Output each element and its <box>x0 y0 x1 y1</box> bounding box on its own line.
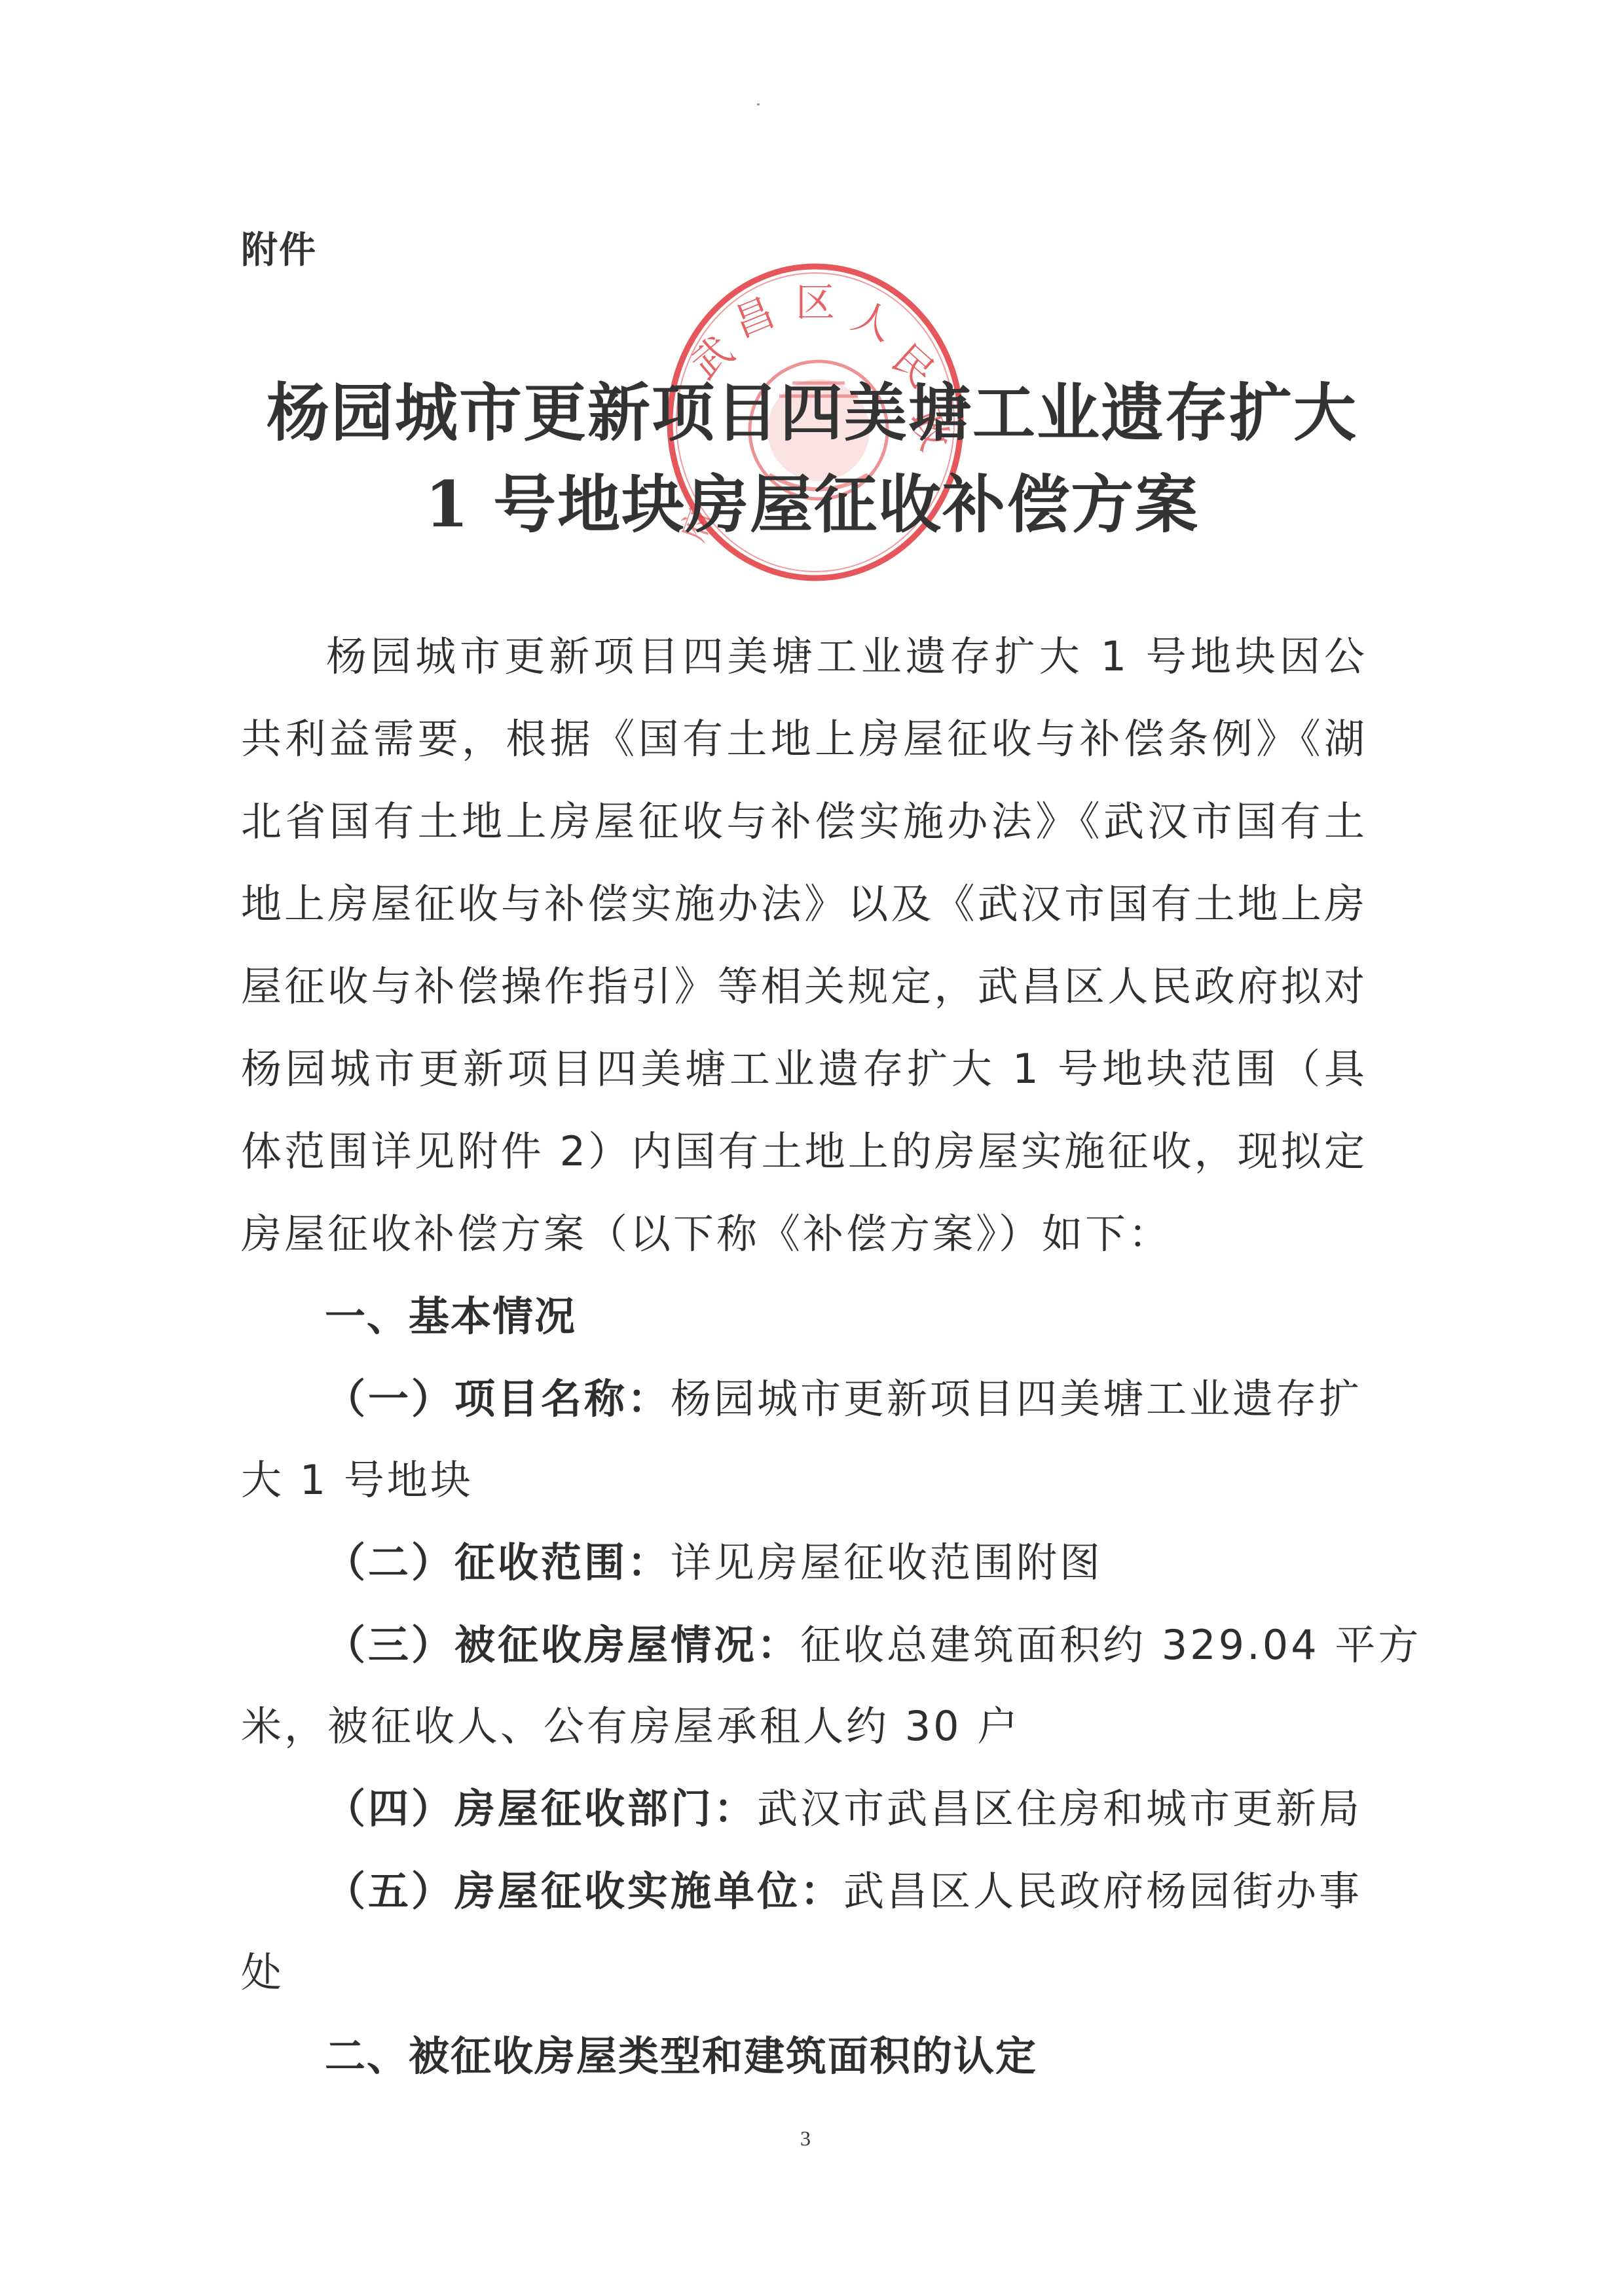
item-housing-situation-continued: 米，被征收人、公有房屋承租人约 30 户 <box>241 1685 1367 1768</box>
item-implementing-unit-continued: 处 <box>241 1931 1367 2014</box>
item-value: 杨园城市更新项目四美塘工业遗存扩 <box>671 1375 1362 1423</box>
attachment-label: 附件 <box>241 221 317 274</box>
svg-text:人: 人 <box>845 293 899 350</box>
item-label: （二）征收范围： <box>325 1539 671 1586</box>
page-number: 3 <box>800 2126 811 2151</box>
item-expropriation-department: （四）房屋征收部门：武汉市武昌区住房和城市更新局 <box>241 1768 1451 1850</box>
item-implementing-unit: （五）房屋征收实施单位：武昌区人民政府杨园街办事 <box>241 1850 1451 1933</box>
svg-text:区: 区 <box>796 280 835 326</box>
intro-paragraph: 杨园城市更新项目四美塘工业遗存扩大 1 号地块因公共利益需要，根据《国有土地上房… <box>241 615 1367 1275</box>
document-page: 附件 武 昌 区 人 民 政 府 杨园城市更新项目四美塘工业遗存扩大 1 号地块… <box>0 0 1624 2296</box>
item-value: 征收总建筑面积约 329.04 平方 <box>800 1621 1421 1669</box>
section-1-heading: 一、基本情况 <box>241 1275 1451 1358</box>
item-label: （四）房屋征收部门： <box>325 1785 757 1832</box>
item-project-name: （一）项目名称：杨园城市更新项目四美塘工业遗存扩 <box>241 1358 1451 1440</box>
item-value: 武昌区人民政府杨园街办事 <box>843 1867 1362 1915</box>
svg-text:昌: 昌 <box>728 289 781 346</box>
item-housing-situation: （三）被征收房屋情况：征收总建筑面积约 329.04 平方 <box>241 1604 1451 1686</box>
item-label: （五）房屋征收实施单位： <box>325 1867 843 1915</box>
item-value: 武汉市武昌区住房和城市更新局 <box>757 1785 1362 1832</box>
section-2-heading: 二、被征收房屋类型和建筑面积的认定 <box>241 2015 1451 2098</box>
document-title-line-1: 杨园城市更新项目四美塘工业遗存扩大 <box>196 363 1428 453</box>
item-label: （一）项目名称： <box>325 1375 671 1423</box>
document-title-line-2: 1 号地块房屋征收补偿方案 <box>196 455 1428 545</box>
scan-speck <box>757 103 760 105</box>
item-expropriation-scope: （二）征收范围：详见房屋征收范围附图 <box>241 1522 1451 1604</box>
item-label: （三）被征收房屋情况： <box>325 1621 800 1669</box>
item-value: 详见房屋征收范围附图 <box>671 1539 1103 1586</box>
item-project-name-continued: 大 1 号地块 <box>241 1439 1367 1522</box>
